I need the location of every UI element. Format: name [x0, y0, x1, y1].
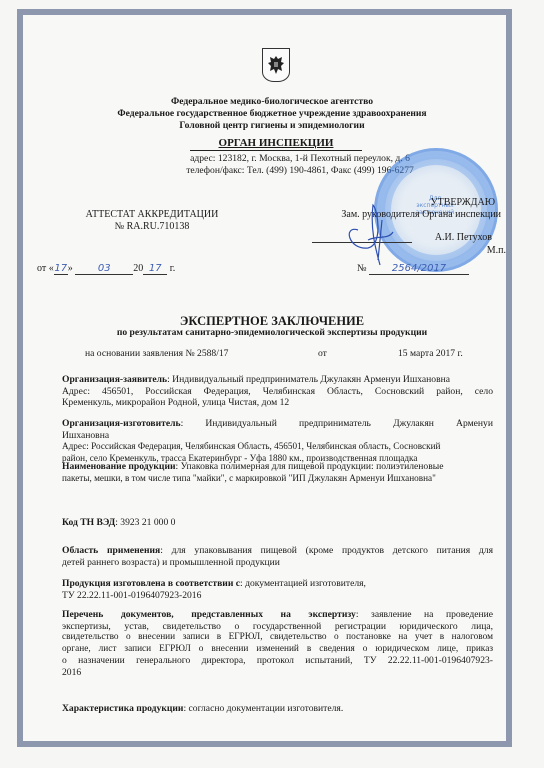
application-area-value-2: детей раннего возраста) и промышленной п… — [62, 557, 493, 569]
seal-place-label: М.п. — [487, 245, 506, 256]
agency-line-3: Головной центр гигиены и эпидемиологии — [0, 120, 544, 131]
applicant-label: Организация-заявитель — [62, 374, 167, 385]
accreditation-number: № RA.RU.710138 — [52, 221, 252, 232]
characteristics-section: Характеристика продукции: согласно докум… — [62, 703, 493, 715]
document-page: Федеральное медико-биологическое агентст… — [0, 0, 544, 768]
documents-list-line-2: экспертизы, устав, свидетельство о госуд… — [62, 621, 493, 633]
documents-list-section: Перечень документов, представленных на э… — [62, 609, 493, 679]
year-prefix: 20 — [133, 263, 143, 274]
documents-list-line-4: органе, лист записи ЕГРЮЛ о внесении изм… — [62, 644, 493, 656]
tn-ved-value: : 3923 21 000 0 — [115, 517, 175, 528]
number-prefix: № — [357, 263, 367, 274]
product-name-section: Наименование продукции: Упаковка полимер… — [62, 461, 493, 484]
applicant-address-1: Адрес: 456501, Российская Федерация, Чел… — [62, 386, 493, 398]
accreditation-title: АТТЕСТАТ АККРЕДИТАЦИИ — [52, 209, 252, 220]
tn-ved-section: Код ТН ВЭД: 3923 21 000 0 — [62, 517, 493, 529]
documents-list-value: : заявление на проведение — [356, 609, 493, 620]
manufactured-per-label: Продукция изготовлена в соответствии с — [62, 578, 240, 589]
documents-list-line-5: о назначении генерального директора, про… — [62, 655, 493, 667]
agency-line-2: Федеральное государственное бюджетное уч… — [0, 108, 544, 119]
application-area-value: : для упаковывания пищевой (кроме продук… — [160, 545, 493, 556]
basis-label: на основании заявления № 2588/17 — [85, 348, 228, 359]
product-name-label: Наименование продукции — [62, 461, 176, 472]
application-area-label: Область применения — [62, 545, 160, 556]
document-subtitle: по результатам санитарно-эпидемиологичес… — [0, 327, 544, 338]
manufactured-per-section: Продукция изготовлена в соответствии с: … — [62, 578, 493, 601]
approver-name: А.И. Петухов — [435, 232, 492, 243]
russian-coat-of-arms-icon — [262, 48, 290, 82]
approval-label: УТВЕРЖДАЮ — [431, 197, 495, 208]
characteristics-label: Характеристика продукции — [62, 703, 183, 714]
product-name-value: : Упаковка полимерная для пищевой продук… — [176, 461, 444, 472]
manufacturer-value: : Индивидуальный предприниматель Джулакя… — [181, 418, 493, 429]
applicant-address-2: Кременкуль, микрорайон Родной, улица Чис… — [62, 397, 493, 409]
manufactured-per-value-2: ТУ 22.22.11-001-0196407923-2016 — [62, 590, 493, 602]
day-suffix: » — [68, 263, 73, 274]
applicant-section: Организация-заявитель: Индивидуальный пр… — [62, 374, 493, 409]
applicant-value: : Индивидуальный предприниматель Джулакя… — [167, 374, 450, 385]
manufacturer-value-2: Ишхановна — [62, 430, 493, 442]
issue-month: 03 — [75, 263, 133, 275]
tn-ved-label: Код ТН ВЭД — [62, 517, 115, 528]
agency-line-1: Федеральное медико-биологическое агентст… — [0, 96, 544, 107]
year-suffix: г. — [170, 263, 175, 274]
documents-list-line-3: свидетельство о внесении записи в ЕГРЮЛ,… — [62, 632, 493, 644]
signature-icon — [338, 190, 408, 270]
inspection-body-title: ОРГАН ИНСПЕКЦИИ — [190, 136, 362, 151]
basis-date: 15 марта 2017 г. — [398, 348, 463, 359]
issue-day: 17 — [54, 263, 68, 275]
issue-date: от «17» 032017 г. — [37, 263, 175, 275]
issue-year: 17 — [143, 263, 167, 275]
basis-from: от — [318, 348, 327, 359]
product-name-value-2: пакеты, мешки, в том числе типа "майки",… — [62, 473, 493, 485]
registration-number: № 2564/2017 — [357, 263, 469, 275]
manufacturer-section: Организация-изготовитель: Индивидуальный… — [62, 418, 493, 464]
manufactured-per-value: : документацией изготовителя, — [240, 578, 366, 589]
conclusion-number: 2564/2017 — [369, 263, 469, 275]
manufacturer-label: Организация-изготовитель — [62, 418, 181, 429]
application-area-section: Область применения: для упаковывания пищ… — [62, 545, 493, 568]
manufacturer-address-1: Адрес: Российская Федерация, Челябинская… — [62, 441, 493, 453]
documents-list-label: Перечень документов, представленных на э… — [62, 609, 356, 620]
documents-list-line-6: 2016 — [62, 667, 493, 679]
characteristics-value: : согласно документации изготовителя. — [183, 703, 343, 714]
date-prefix: от « — [37, 263, 54, 274]
